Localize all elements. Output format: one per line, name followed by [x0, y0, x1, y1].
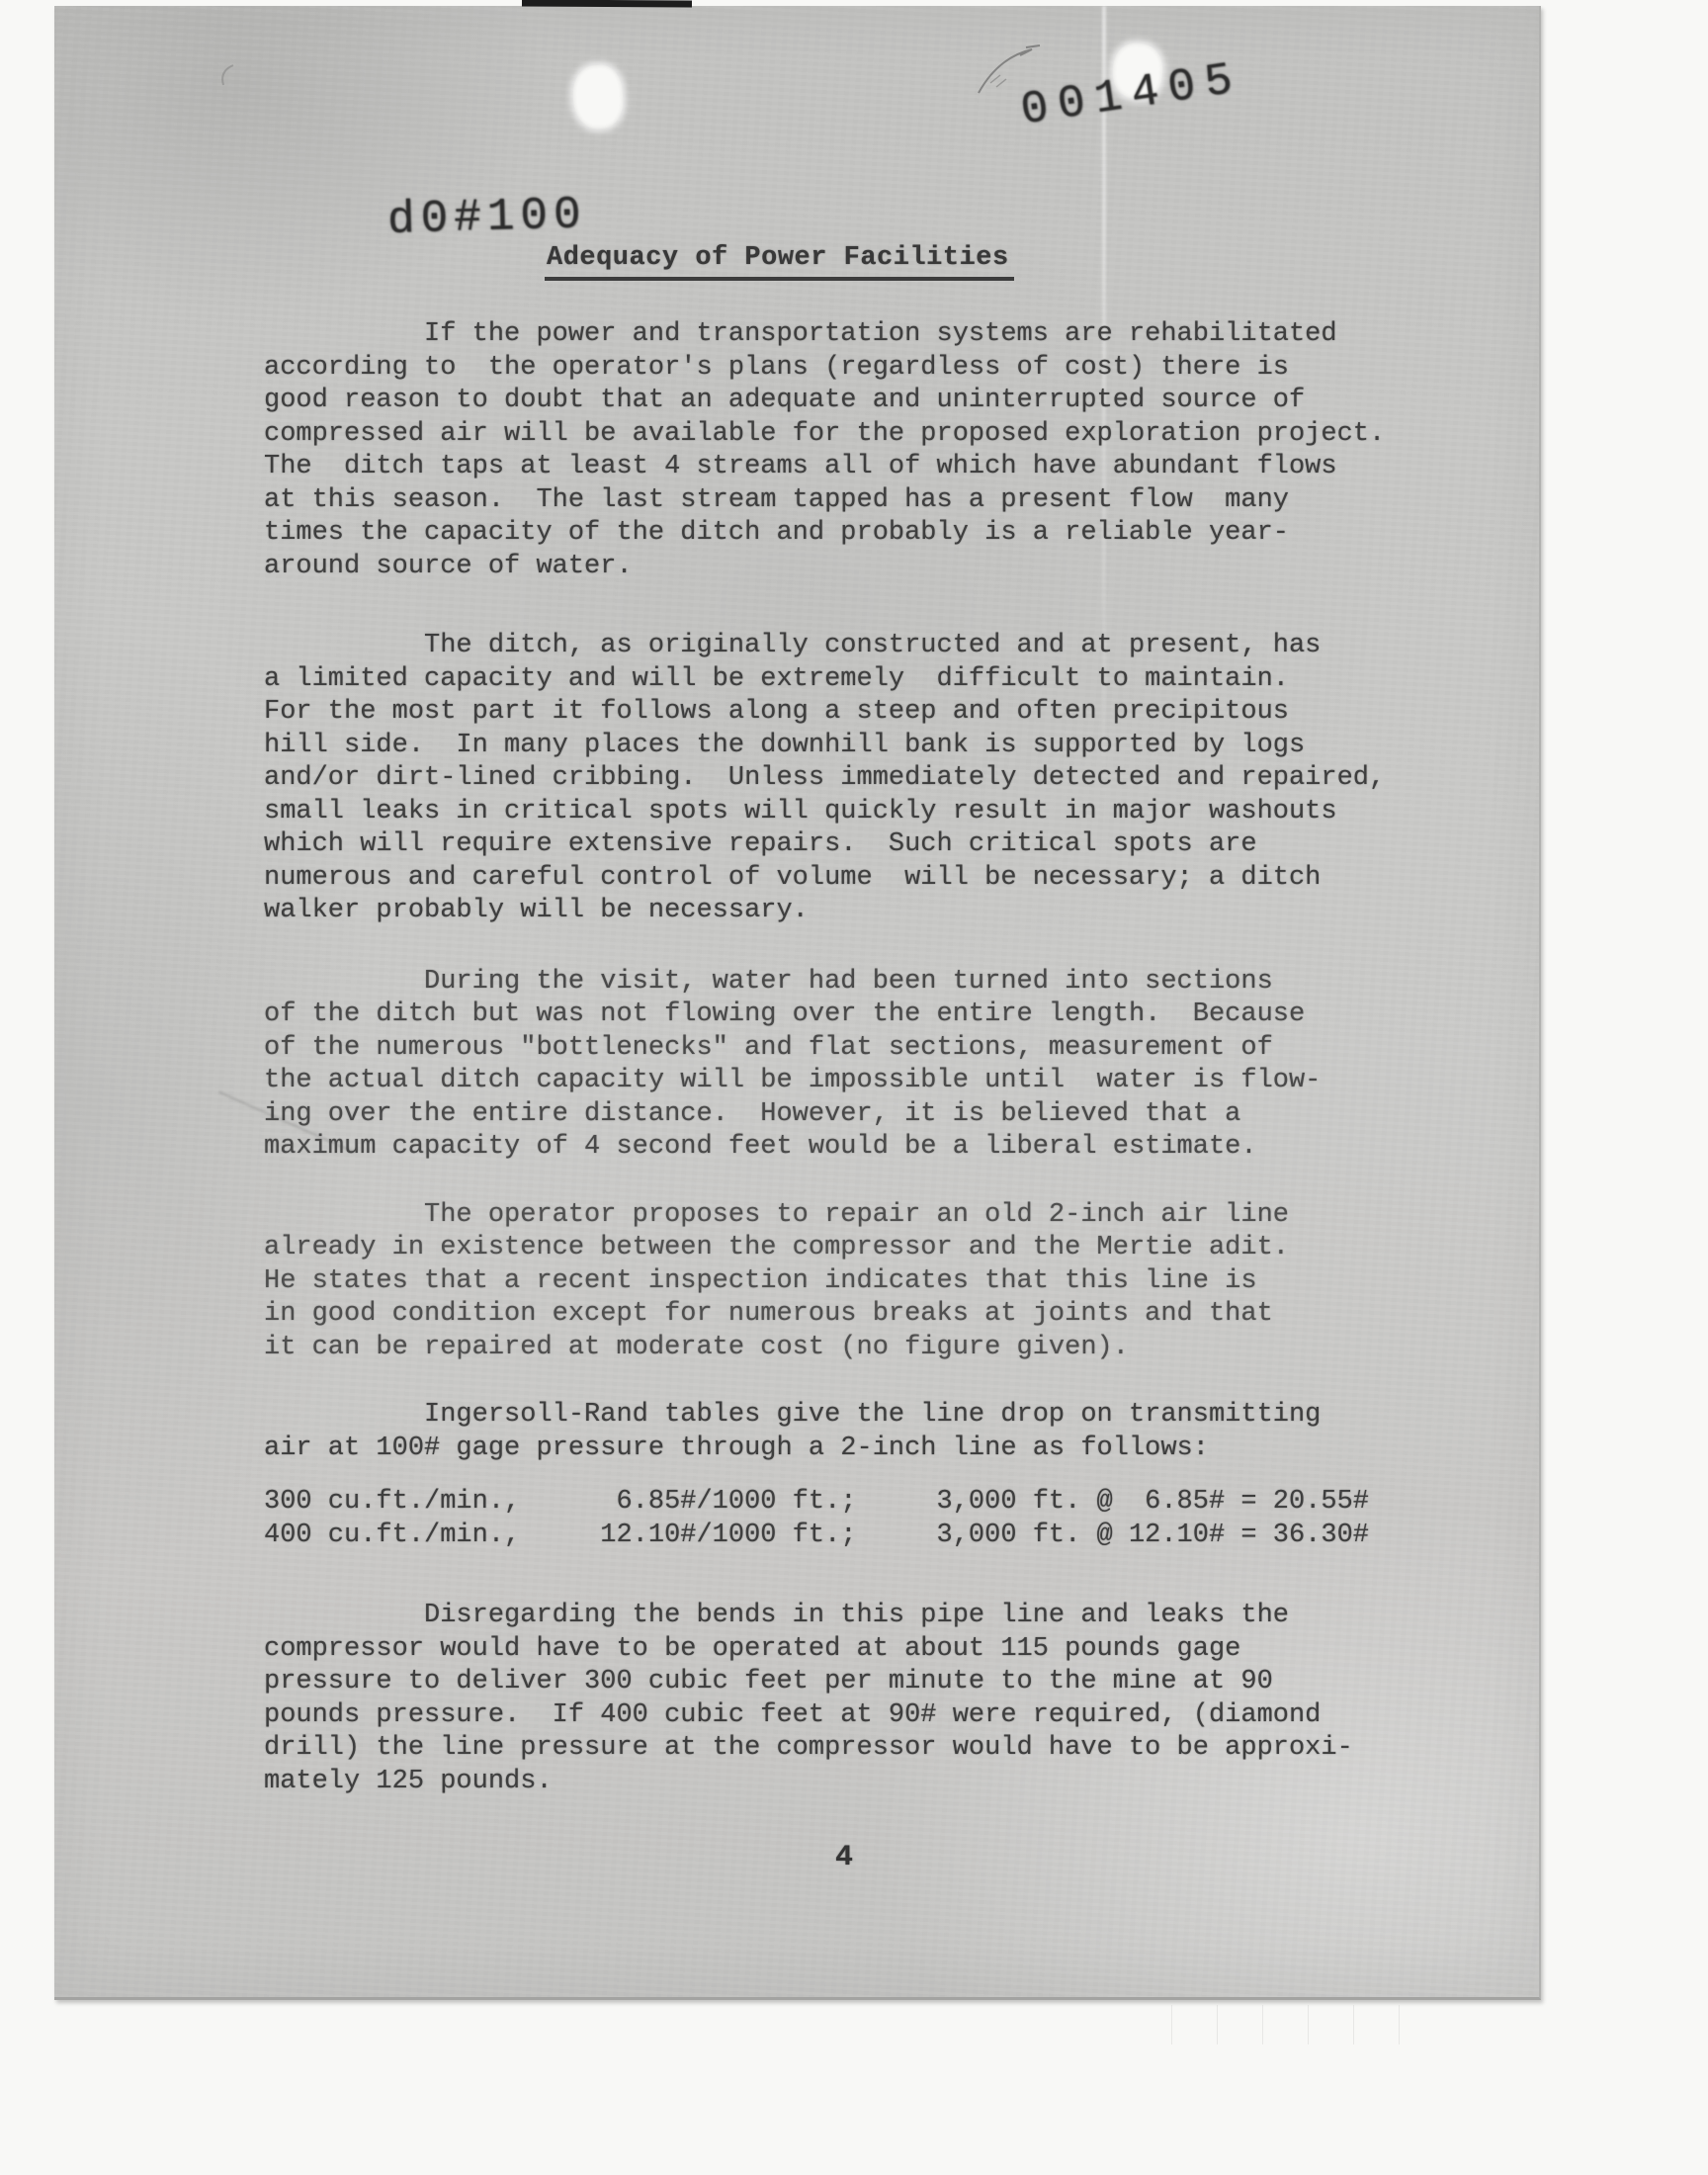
line-drop-table: 300 cu.ft./min., 6.85#/1000 ft.; 3,000 f…: [264, 1486, 1480, 1552]
page-number: 4: [835, 1841, 853, 1874]
scan-artifact-bar: [522, 0, 692, 7]
scan-artifact-lines: [1171, 2005, 1428, 2044]
paragraph-3: During the visit, water had been turned …: [264, 966, 1480, 1165]
paragraph-2: The ditch, as originally constructed and…: [264, 630, 1480, 928]
bates-stamp-upside-down: d0#100: [386, 189, 587, 246]
paragraph-1: If the power and transportation systems …: [264, 318, 1480, 583]
paragraph-4: The operator proposes to repair an old 2…: [264, 1199, 1480, 1365]
paragraph-5: Ingersoll-Rand tables give the line drop…: [264, 1399, 1480, 1465]
corner-mark-icon: [213, 61, 243, 91]
document-title: Adequacy of Power Facilities: [545, 243, 1014, 281]
typed-text-block: Adequacy of Power Facilities If the powe…: [264, 243, 1480, 1798]
scanned-document-canvas: d0#100 001405 Adequacy of Power Faciliti…: [0, 0, 1708, 2175]
paragraph-6: Disregarding the bends in this pipe line…: [264, 1600, 1480, 1798]
